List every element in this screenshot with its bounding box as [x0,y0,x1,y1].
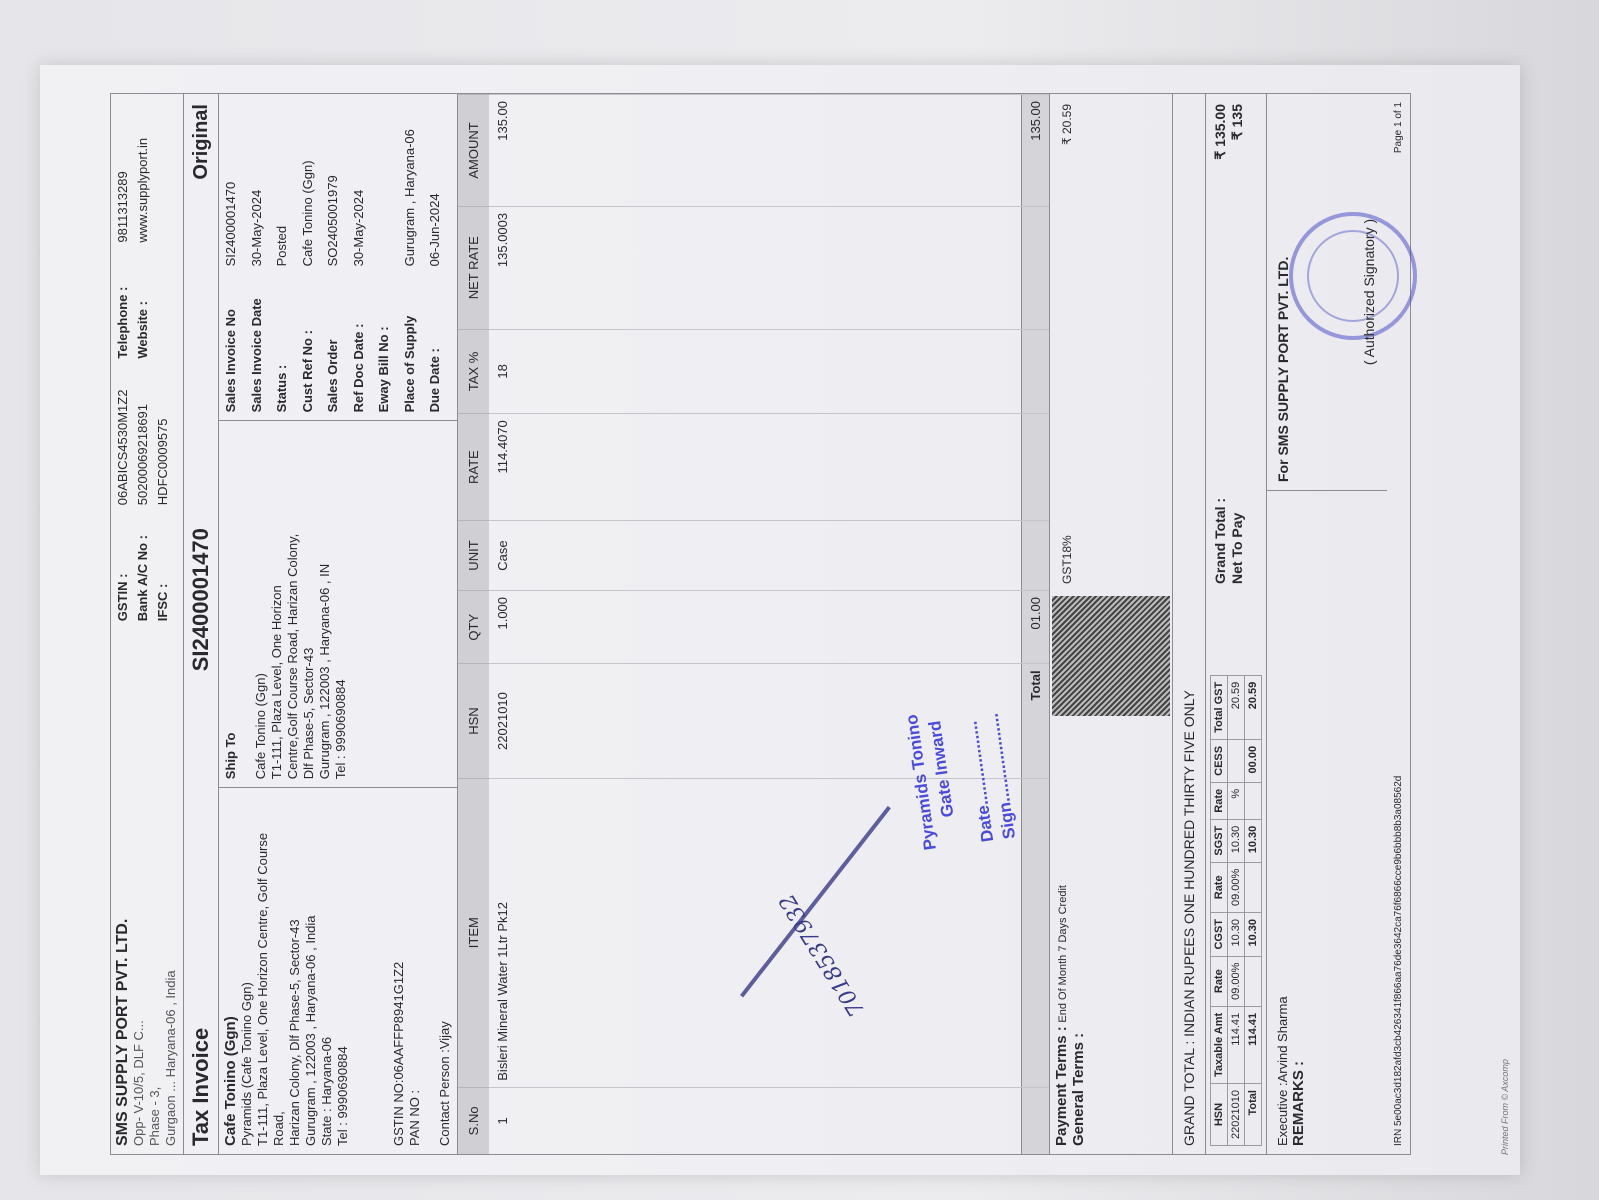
gst-cell: 114.41 [1228,1006,1245,1083]
gst-label: GST18% [1060,535,1162,584]
gst-cell: 10.30 [1228,912,1245,956]
seller-address-2: Phase - 3, [147,637,163,1146]
grand-total-value: ₹ 135.00 [1212,104,1229,160]
ship-to-line: T1-111, Plaza Level, One Horizon [269,429,285,779]
gate-inward-stamp: Pyramids Tonino Gate Inward Date........… [901,702,1021,852]
meta-value: Cafe Tonino (Ggn) [300,102,326,266]
total-cell [1022,206,1050,329]
ship-to-line: Centre,Golf Course Road, Harizan Colony, [285,429,301,779]
column-header: NET RATE [458,206,489,329]
bill-to-line: T1-111, Plaza Level, One Horizon Centre,… [255,796,287,1146]
gst-cell: 09.00% [1228,862,1245,912]
gst-cell: 10.30 [1228,819,1245,862]
footer-row: Executive :Arvind Sharma REMARKS : For S… [1266,94,1387,1154]
meta-label: Sales Order [325,272,351,412]
meta-value: SI2400001470 [223,102,249,266]
executive: Executive :Arvind Sharma [1275,499,1290,1146]
cell-sno: 1 [489,1087,1022,1154]
seller-name: SMS SUPPLY PORT PVT. LTD. [115,637,131,1146]
gst-total-cell: 10.30 [1245,912,1262,956]
irn: IRN 5e00ac3d182afd3cb426341f866aa76de364… [1393,776,1404,1146]
gst-header: CESS [1211,739,1228,782]
total-cell: Total [1022,664,1050,778]
title-row: Tax Invoice SI2400001470 Original [184,94,219,1154]
gst-total-cell: 00.00 [1245,739,1262,782]
bank-value: 50200069218691 [135,365,151,506]
payment-terms: End Of Month 7 Days Credit [1057,885,1069,1023]
gst-cell: 22021010 [1228,1084,1245,1146]
bill-to-name: Cafe Tonino (Ggn) [223,796,239,1146]
copy-label: Original [190,94,213,180]
total-cell [1022,778,1050,1087]
column-header: AMOUNT [458,95,489,207]
gst-total-cell [1245,862,1262,912]
invoice-number: SI2400001470 [188,528,214,671]
qr-code [1052,596,1170,716]
gst-total-cell: Total [1245,1084,1262,1146]
gst-header: Rate [1211,862,1228,912]
invoice-paper: SMS SUPPLY PORT PVT. LTD. Opp- V-10/5, D… [40,65,1520,1175]
bank-label: Bank A/C No : [135,511,151,621]
ship-to-line: Dlf Phase-5, Sector-43 [301,429,317,779]
total-cell [1022,414,1050,521]
gst-total-cell: 114.41 [1245,1006,1262,1083]
net-to-pay-label: Net To Pay [1229,513,1246,584]
contact-person: Contact Person :Vijay [437,796,453,1146]
bill-to-line: State : Haryana-06 [319,796,335,1146]
company-seal-icon [1289,212,1417,340]
seller-address-3: Gurgaon ... Haryana-06 , India [163,637,179,1146]
ifsc-label: IFSC : [155,511,171,621]
ship-to-label: Ship To [223,429,239,779]
gst-amount: ₹ 20.59 [1060,104,1162,145]
ship-to: Ship To Cafe Tonino (Ggn) T1-111, Plaza … [219,420,457,787]
gst-summary-table: HSNTaxable AmtRateCGSTRateSGSTRateCESSTo… [1210,675,1262,1146]
total-cell: 135.00 [1022,95,1050,207]
bill-to-line: Pyramids (Cafe Tonino Ggn) [239,796,255,1146]
bill-to-line: Harizan Colony, Dlf Phase-5, Sector-43 [287,796,303,1146]
amount-in-words: GRAND TOTAL : INDIAN RUPEES ONE HUNDRED … [1172,94,1205,1154]
gst-header: Total GST [1211,675,1228,739]
seller-header: SMS SUPPLY PORT PVT. LTD. Opp- V-10/5, D… [111,94,184,1154]
total-row: Total01.00135.00 [1022,95,1050,1155]
gst-cell [1228,739,1245,782]
total-cell [1022,329,1050,414]
website-label: Website : [135,249,151,359]
meta-value: Gurugram , Haryana-06 [402,102,428,266]
gst-row: 22021010114.4109.00%10.3009.00%10.30%20.… [1228,675,1245,1145]
bill-to: Cafe Tonino (Ggn) Pyramids (Cafe Tonino … [219,787,457,1154]
gstin-label: GSTIN : [115,511,131,621]
gst-cell: 20.59 [1228,675,1245,739]
column-header: S.No [458,1087,489,1154]
gstin-value: 06ABICS4530M1Z2 [115,365,131,506]
invoice-frame: SMS SUPPLY PORT PVT. LTD. Opp- V-10/5, D… [110,93,1411,1155]
authorized-signatory: ( Authorized Signatory ) [1361,94,1377,490]
meta-label: Sales Invoice No [223,272,249,412]
cell-net_rate: 135.0003 [489,206,1022,329]
document-title: Tax Invoice [184,1020,218,1154]
cell-amount: 135.00 [489,95,1022,207]
meta-value: 30-May-2024 [249,102,275,266]
bill-to-line: Tel : 9990690884 [335,796,351,1146]
cell-qty: 1.000 [489,590,1022,663]
meta-label: Eway Bill No : [376,272,402,412]
invoice-meta: Sales Invoice NoSI2400001470Sales Invoic… [219,94,457,420]
gst-header: Rate [1211,782,1228,819]
website-value: www.supplyport.in [135,102,151,243]
gst-header: Rate [1211,956,1228,1006]
gst-cell: 09.00% [1228,956,1245,1006]
items-table: S.NoITEMHSNQTYUNITRATETAX %NET RATEAMOUN… [458,94,1049,1154]
grand-total-label: Grand Total : [1212,498,1229,584]
gst-total-cell: 20.59 [1245,675,1262,739]
total-cell [1022,521,1050,591]
meta-value: 06-Jun-2024 [427,102,453,266]
meta-value: Posted [274,102,300,266]
column-header: TAX % [458,329,489,414]
gst-total-cell [1245,956,1262,1006]
ship-to-line: Gurugram , 122003 , Haryana-06 , IN [317,429,333,779]
gst-header: CGST [1211,912,1228,956]
meta-label: Due Date : [427,272,453,412]
column-header: UNIT [458,521,489,591]
cell-tax: 18 [489,329,1022,414]
meta-value: 30-May-2024 [351,102,377,266]
bill-to-pan: PAN NO : [407,796,423,1146]
signature-box: For SMS SUPPLY PORT PVT. LTD. ( Authoriz… [1267,94,1387,491]
gst-total-cell: 10.30 [1245,819,1262,862]
gst-header: Taxable Amt [1211,1006,1228,1083]
net-to-pay-value: ₹ 135 [1229,104,1246,140]
for-company: For SMS SUPPLY PORT PVT. LTD. [1275,102,1291,482]
gst-header: SGST [1211,819,1228,862]
gst-cell: % [1228,782,1245,819]
gst-header: HSN [1211,1084,1228,1146]
page-number: Page 1 of 1 [1393,102,1404,153]
remarks-label: REMARKS : [1290,499,1307,1146]
bill-to-line: Gurugram , 122003 , Haryana-06 , India [303,796,319,1146]
grand-total-box: Grand Total :₹ 135.00 Net To Pay₹ 135 [1206,94,1266,594]
meta-value: SO2405001979 [325,102,351,266]
terms-row: Payment Terms : End Of Month 7 Days Cred… [1049,94,1172,1154]
ship-to-line: Tel : 9990690884 [333,429,349,779]
meta-label: Status : [274,272,300,412]
table-row: 1Bisleri Mineral Water 1Ltr Pk1222021010… [489,95,1022,1155]
column-header: HSN [458,664,489,778]
meta-label: Sales Invoice Date [249,272,275,412]
gst-total-cell [1245,782,1262,819]
telephone-value: 9811313289 [115,102,131,243]
ship-to-line: Cafe Tonino (Ggn) [253,429,269,779]
summary-row: HSNTaxable AmtRateCGSTRateSGSTRateCESSTo… [1205,94,1266,1154]
meta-label: Cust Ref No : [300,272,326,412]
column-header: RATE [458,414,489,521]
bill-to-gstin: GSTIN NO:06AAFFP8941G1Z2 [391,796,407,1146]
total-cell [1022,1087,1050,1154]
column-header: QTY [458,590,489,663]
general-terms-label: General Terms : [1071,726,1087,1146]
parties-row: Cafe Tonino (Ggn) Pyramids (Cafe Tonino … [219,94,458,1154]
cell-rate: 114.4070 [489,414,1022,521]
meta-label: Ref Doc Date : [351,272,377,412]
seller-address-1: Opp- V-10/5, DLF C... [131,637,147,1146]
meta-value [376,102,402,266]
gst-total-row: Total114.4110.3010.3000.0020.59 [1245,675,1262,1145]
ifsc-value: HDFC0009575 [155,365,171,506]
telephone-label: Telephone : [115,249,131,359]
payment-terms-label: Payment Terms : [1053,1026,1070,1146]
meta-label: Place of Supply [402,272,428,412]
column-header: ITEM [458,778,489,1087]
cell-unit: Case [489,521,1022,591]
printed-by: Printed From © Axcomp [1500,1059,1510,1155]
total-cell: 01.00 [1022,590,1050,663]
